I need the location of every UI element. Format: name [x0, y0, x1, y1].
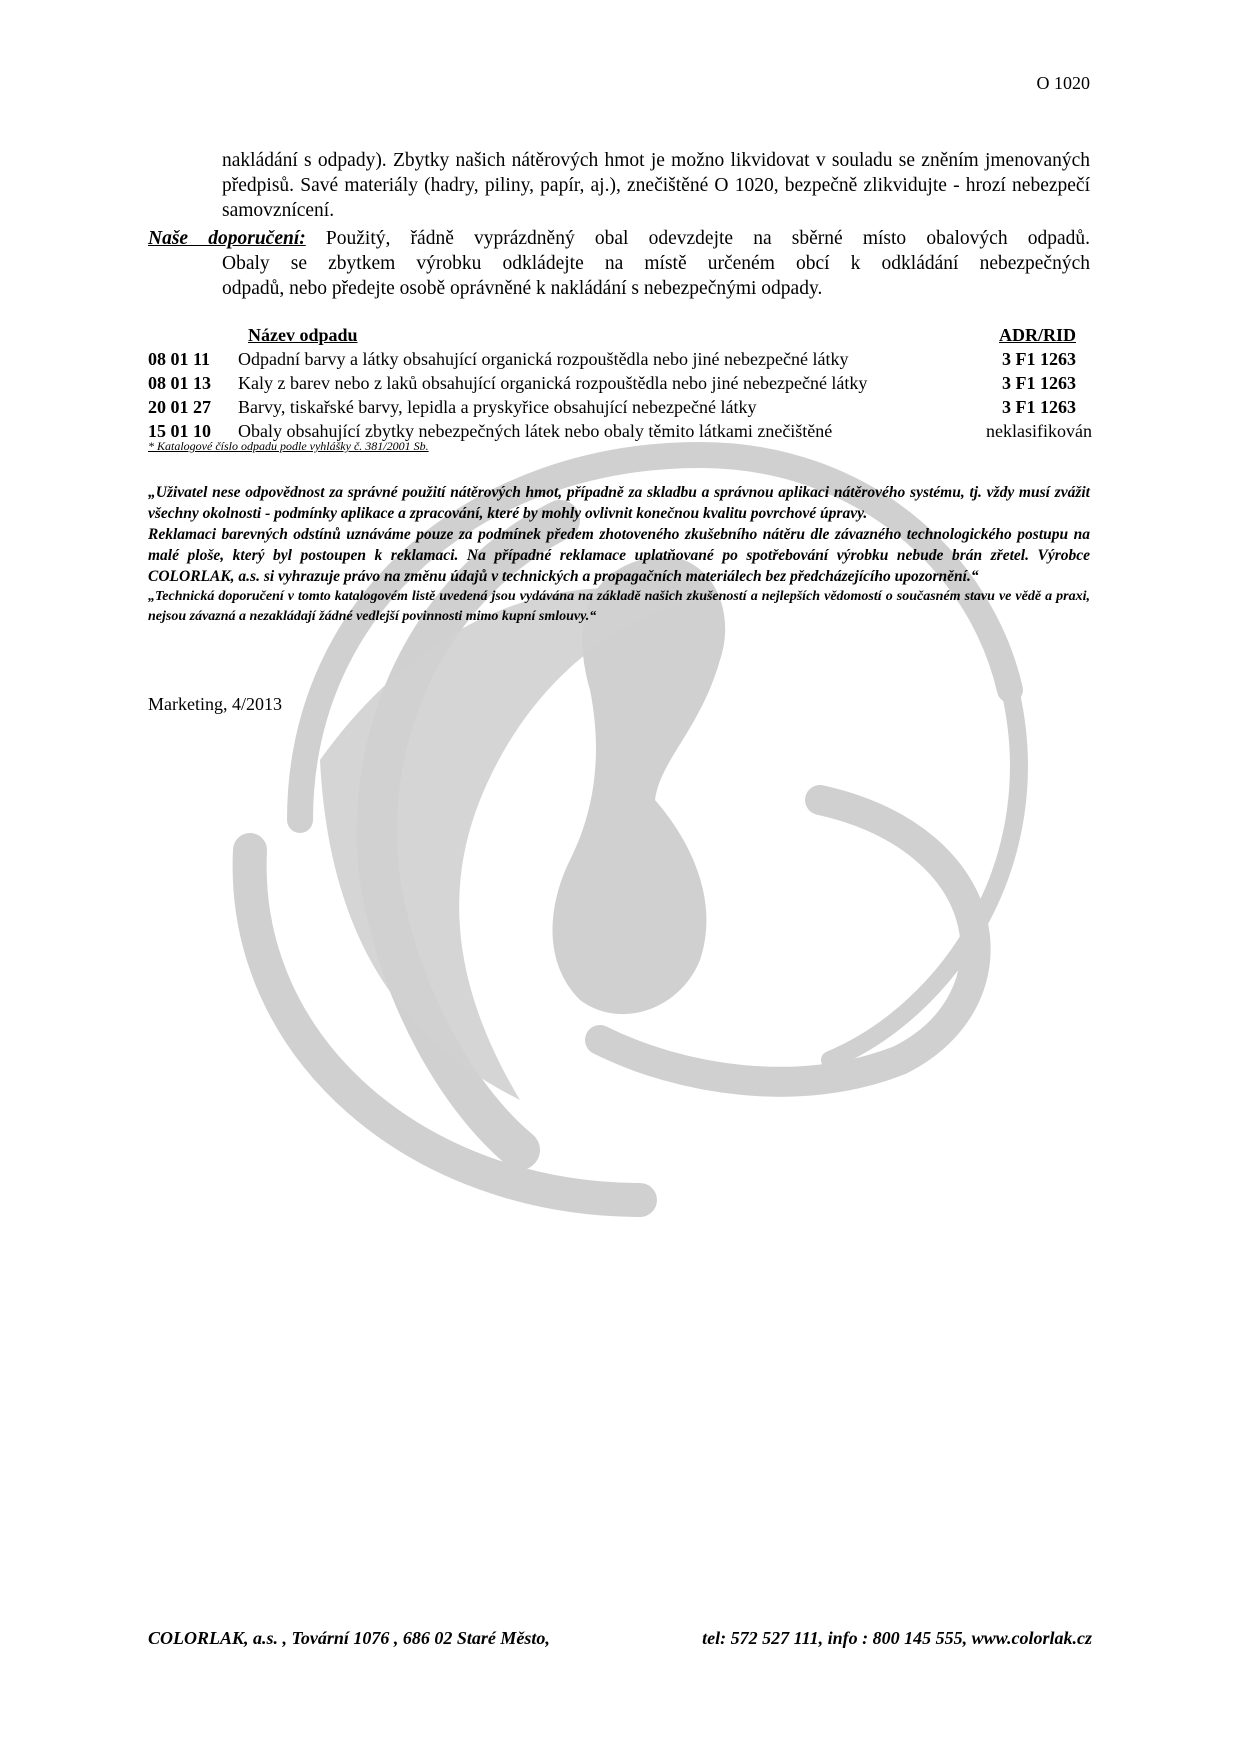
document-page: O 1020 nakládání s odpady). Zbytky našic… — [0, 0, 1240, 1752]
waste-code: 08 01 11 — [148, 347, 210, 371]
waste-code: 08 01 13 — [148, 371, 211, 395]
signature: Marketing, 4/2013 — [148, 694, 282, 715]
disclaimer-section: „Uživatel nese odpovědnost za správné po… — [148, 482, 1090, 627]
table-row: 20 01 27 Barvy, tiskařské barvy, lepidla… — [148, 395, 1092, 419]
waste-name: Obaly obsahující zbytky nebezpečných lát… — [238, 419, 832, 443]
disclaimer-complaints: Reklamaci barevných odstínů uznáváme pou… — [148, 524, 1090, 587]
recommendation-line-2: Obaly se zbytkem výrobku odkládejte na m… — [148, 251, 1090, 276]
adr-class: neklasifikován — [986, 419, 1092, 443]
table-row: 08 01 11 Odpadní barvy a látky obsahujíc… — [148, 347, 1092, 371]
waste-name: Kaly z barev nebo z laků obsahující orga… — [238, 371, 867, 395]
document-number: O 1020 — [1037, 73, 1091, 94]
waste-table-header: Název odpadu ADR/RID — [148, 325, 1092, 347]
adr-class: 3 F1 1263 — [1002, 371, 1076, 395]
recommendation-line-3: odpadů, nebo předejte osobě oprávněné k … — [148, 276, 1090, 301]
adr-class: 3 F1 1263 — [1002, 395, 1076, 419]
header-adr-rid: ADR/RID — [999, 325, 1076, 346]
table-row: 15 01 10 Obaly obsahující zbytky nebezpe… — [148, 419, 1092, 443]
recommendation-label: Naše doporučení: — [148, 228, 306, 249]
disclaimer-responsibility: „Uživatel nese odpovědnost za správné po… — [148, 482, 1090, 524]
footer-address: COLORLAK, a.s. , Tovární 1076 , 686 02 S… — [148, 1628, 550, 1649]
waste-code: 15 01 10 — [148, 419, 211, 443]
waste-name: Barvy, tiskařské barvy, lepidla a prysky… — [238, 395, 756, 419]
footer-contact: tel: 572 527 111, info : 800 145 555, ww… — [702, 1628, 1092, 1649]
disclaimer-technical: „Technická doporučení v tomto katalogové… — [148, 587, 1090, 627]
recommendation-line-1: Použitý, řádně vyprázdněný obal odevzdej… — [326, 228, 1090, 249]
table-row: 08 01 13 Kaly z barev nebo z laků obsahu… — [148, 371, 1092, 395]
disposal-paragraph: nakládání s odpady). Zbytky našich nátěr… — [222, 148, 1090, 223]
adr-class: 3 F1 1263 — [1002, 347, 1076, 371]
header-waste-name: Název odpadu — [248, 325, 358, 346]
waste-table: Název odpadu ADR/RID 08 01 11 Odpadní ba… — [148, 325, 1092, 454]
recommendation-section: Naše doporučení: Použitý, řádně vyprázdn… — [148, 226, 1090, 301]
waste-name: Odpadní barvy a látky obsahující organic… — [238, 347, 848, 371]
waste-code: 20 01 27 — [148, 395, 211, 419]
